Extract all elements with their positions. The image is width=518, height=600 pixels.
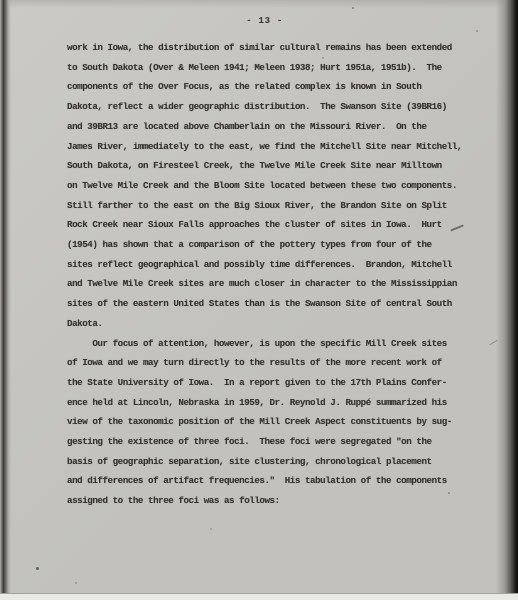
text-line: assigned to the three foci was as follow… [67, 491, 487, 511]
scan-speck [237, 63, 239, 65]
text-line: James River, immediately to the east, we… [67, 137, 487, 157]
text-line: Rock Creek near Sioux Falls approaches t… [67, 215, 487, 235]
document-body: work in Iowa, the distribution of simila… [67, 38, 487, 511]
text-line: the State University of Iowa. In a repor… [67, 373, 487, 393]
text-line: Dakota. [67, 314, 487, 334]
scanned-document-page: - 13 - work in Iowa, the distribution of… [0, 0, 518, 600]
scan-speck [448, 492, 450, 494]
text-line: Dakota, reflect a wider geographic distr… [67, 97, 487, 117]
text-line: South Dakota, on Firesteel Creek, the Tw… [67, 156, 487, 176]
text-line: basis of geographic separation, site clu… [67, 452, 487, 472]
text-line: Still farther to the east on the Big Sio… [67, 196, 487, 216]
text-line: of Iowa and we may turn directly to the … [67, 353, 487, 373]
scan-speck [476, 30, 478, 32]
text-line: ence held at Lincoln, Nebraska in 1959, … [67, 393, 487, 413]
text-line: on Twelve Mile Creek and the Bloom Site … [67, 176, 487, 196]
scan-speck [352, 7, 354, 9]
scan-speck [210, 528, 212, 530]
scan-speck [36, 567, 39, 570]
text-line: sites of the eastern United States than … [67, 294, 487, 314]
text-line: Our focus of attention, however, is upon… [67, 334, 487, 354]
text-line: and 39BR13 are located above Chamberlain… [67, 117, 487, 137]
scan-speck [322, 57, 324, 59]
text-line: and Twelve Mile Creek sites are much clo… [67, 274, 487, 294]
text-line: sites reflect geographical and possibly … [67, 255, 487, 275]
scan-edge-right [496, 0, 518, 600]
text-line: to South Dakota (Over & Meleen 1941; Mel… [67, 58, 487, 78]
text-line: work in Iowa, the distribution of simila… [67, 38, 487, 58]
scan-edge-bottom [0, 593, 518, 600]
text-line: and differences of artifact frequencies.… [67, 471, 487, 491]
paragraph: Our focus of attention, however, is upon… [67, 334, 487, 511]
page-number: - 13 - [67, 15, 462, 26]
text-line: components of the Over Focus, as the rel… [67, 77, 487, 97]
paragraph: work in Iowa, the distribution of simila… [67, 38, 487, 334]
scan-edge-top [0, 0, 518, 8]
scan-edge-left [0, 0, 11, 600]
text-line: (1954) has shown that a comparison of th… [67, 235, 487, 255]
text-line: view of the taxonomic position of the Mi… [67, 412, 487, 432]
scan-speck [75, 582, 77, 584]
text-line: gesting the existence of three foci. The… [67, 432, 487, 452]
